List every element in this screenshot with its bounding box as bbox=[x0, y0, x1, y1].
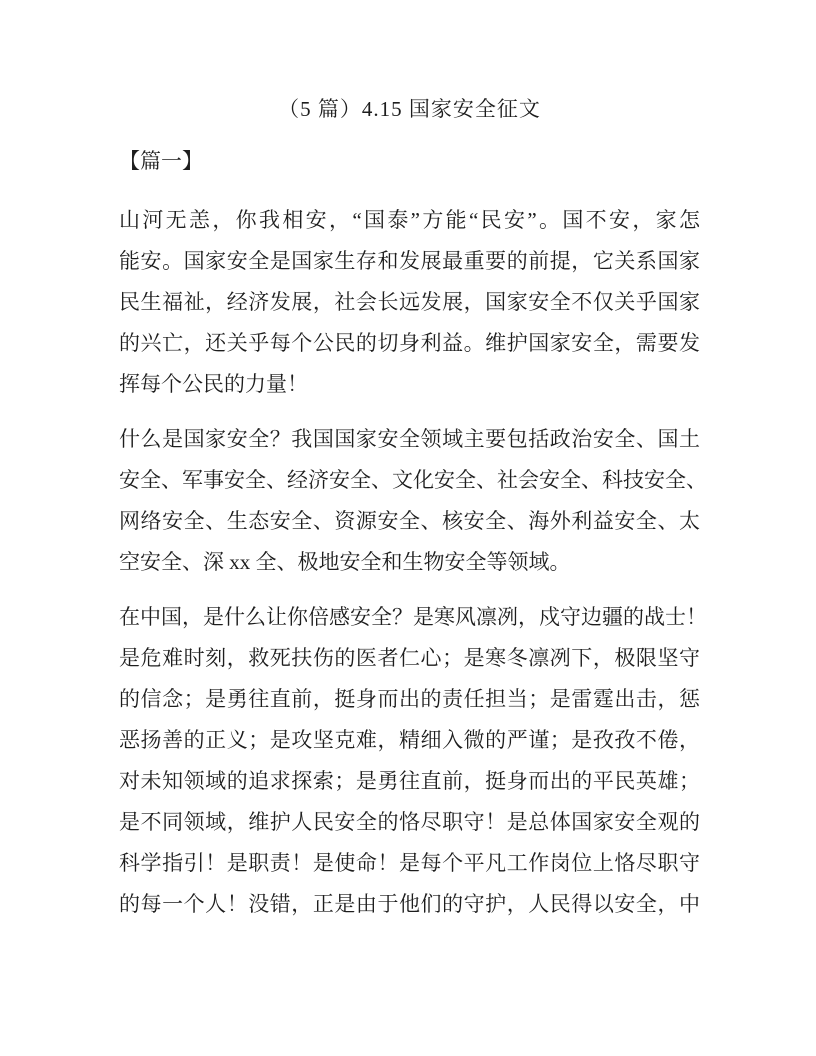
text-line: 的信念；是勇往直前，挺身而出的责任担当；是雷霆出击，惩 bbox=[119, 679, 700, 720]
text-line: 安全、军事安全、经济安全、文化安全、社会安全、科技安全、 bbox=[119, 460, 700, 501]
text-line: 恶扬善的正义；是攻坚克难，精细入微的严谨；是孜孜不倦， bbox=[119, 720, 700, 761]
text-line: 是不同领域，维护人民安全的恪尽职守！是总体国家安全观的 bbox=[119, 802, 700, 843]
paragraph-3: 在中国，是什么让你倍感安全？是寒风凛冽，戍守边疆的战士！ 是危难时刻，救死扶伤的… bbox=[119, 597, 700, 925]
text-line: 能安。国家安全是国家生存和发展最重要的前提，它关系国家 bbox=[119, 241, 700, 282]
document-page: （5 篇）4.15 国家安全征文 【篇一】 山河无恙，你我相安，“国泰”方能“民… bbox=[0, 0, 816, 1056]
text-line: 网络安全、生态安全、资源安全、核安全、海外利益安全、太 bbox=[119, 501, 700, 542]
text-line: 在中国，是什么让你倍感安全？是寒风凛冽，戍守边疆的战士！ bbox=[119, 597, 700, 638]
text-line: 民生福祉，经济发展，社会长远发展，国家安全不仅关乎国家 bbox=[119, 282, 700, 323]
text-line: 山河无恙，你我相安，“国泰”方能“民安”。国不安，家怎 bbox=[119, 200, 700, 241]
text-line: 对未知领域的追求探索；是勇往直前，挺身而出的平民英雄； bbox=[119, 761, 700, 802]
document-title: （5 篇）4.15 国家安全征文 bbox=[119, 89, 700, 130]
text-line: 科学指引！是职责！是使命！是每个平凡工作岗位上恪尽职守 bbox=[119, 843, 700, 884]
text-line: 的每一个人！没错，正是由于他们的守护，人民得以安全，中 bbox=[119, 884, 700, 925]
text-line: 挥每个公民的力量！ bbox=[119, 364, 700, 405]
section-heading: 【篇一】 bbox=[119, 141, 700, 182]
text-line: 是危难时刻，救死扶伤的医者仁心；是寒冬凛冽下，极限坚守 bbox=[119, 638, 700, 679]
text-line: 空安全、深 xx 全、极地安全和生物安全等领域。 bbox=[119, 542, 700, 583]
text-line: 什么是国家安全？我国国家安全领域主要包括政治安全、国土 bbox=[119, 419, 700, 460]
paragraph-2: 什么是国家安全？我国国家安全领域主要包括政治安全、国土 安全、军事安全、经济安全… bbox=[119, 419, 700, 583]
text-line: 的兴亡，还关乎每个公民的切身利益。维护国家安全，需要发 bbox=[119, 323, 700, 364]
paragraph-1: 山河无恙，你我相安，“国泰”方能“民安”。国不安，家怎 能安。国家安全是国家生存… bbox=[119, 200, 700, 405]
